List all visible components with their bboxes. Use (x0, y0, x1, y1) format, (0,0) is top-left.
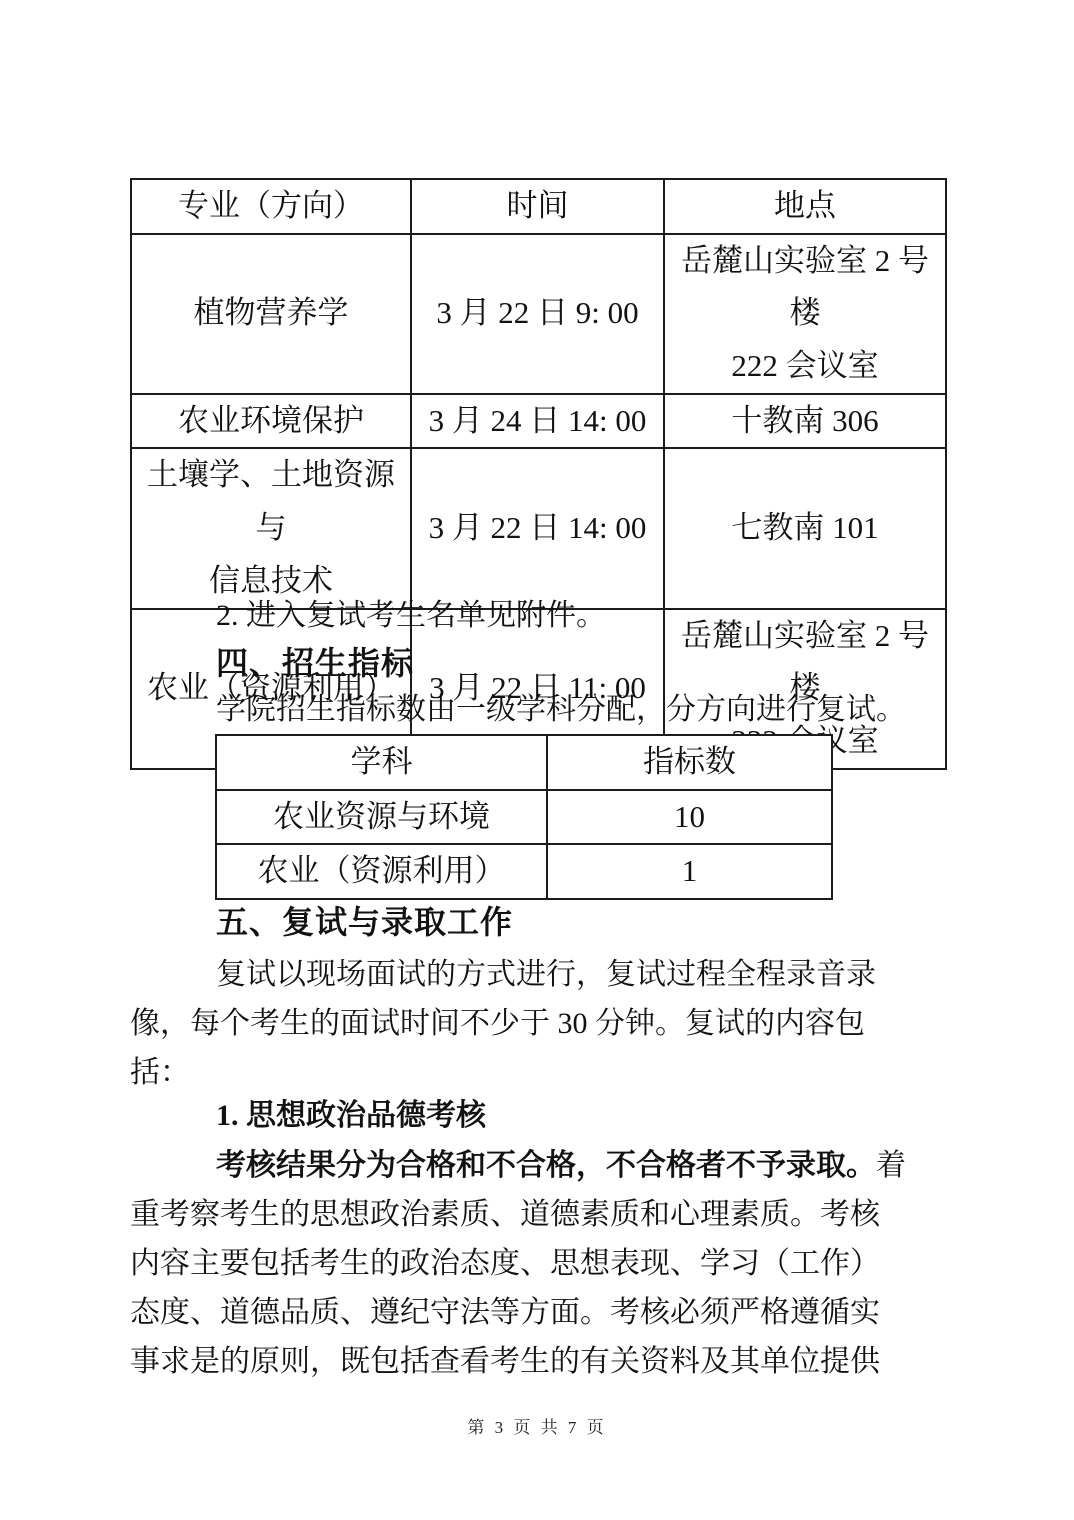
paragraph1-line-3: 括： (130, 1055, 970, 1091)
paragraph2-line-1-bold: 考核结果分为合格和不合格，不合格者不予录取。 (216, 1149, 876, 1182)
schedule-cell-major: 农业环境保护 (131, 394, 411, 449)
schedule-header-time: 时间 (411, 179, 664, 234)
quota-cell-discipline: 农业（资源利用） (216, 844, 547, 899)
schedule-cell-major: 植物营养学 (131, 234, 411, 394)
paragraph2-line-1: 考核结果分为合格和不合格，不合格者不予录取。着 (216, 1148, 1056, 1184)
page-footer: 第 3 页 共 7 页 (0, 1413, 1074, 1438)
table-row: 土壤学、土地资源与 信息技术 3 月 22 日 14: 00 七教南 101 (131, 448, 946, 608)
schedule-header-location: 地点 (664, 179, 946, 234)
item1-heading: 1. 思想政治品德考核 (216, 1098, 1056, 1134)
schedule-cell-location: 岳麓山实验室 2 号楼 222 会议室 (664, 234, 946, 394)
schedule-cell-location: 十教南 306 (664, 394, 946, 449)
quota-cell-count: 1 (547, 844, 832, 899)
schedule-cell-time: 3 月 22 日 9: 00 (411, 234, 664, 394)
paragraph2-line-5: 事求是的原则，既包括查看考生的有关资料及其单位提供 (130, 1344, 970, 1380)
schedule-header-major: 专业（方向） (131, 179, 411, 234)
quota-header-count: 指标数 (547, 735, 832, 790)
schedule-cell-time: 3 月 24 日 14: 00 (411, 394, 664, 449)
quota-header-row: 学科 指标数 (216, 735, 832, 790)
schedule-cell-location: 七教南 101 (664, 448, 946, 608)
quota-header-discipline: 学科 (216, 735, 547, 790)
section5-heading: 五、复试与录取工作 (216, 903, 1056, 941)
quota-cell-discipline: 农业资源与环境 (216, 790, 547, 845)
paragraph2-line-1-rest: 着 (876, 1149, 906, 1182)
schedule-header-row: 专业（方向） 时间 地点 (131, 179, 946, 234)
paragraph1-line-1: 复试以现场面试的方式进行，复试过程全程录音录 (216, 957, 1056, 993)
note-attachment-text: 2. 进入复试考生名单见附件。 (216, 598, 1056, 634)
table-row: 农业（资源利用） 1 (216, 844, 832, 899)
quota-table: 学科 指标数 农业资源与环境 10 农业（资源利用） 1 (215, 734, 833, 900)
table-row: 植物营养学 3 月 22 日 9: 00 岳麓山实验室 2 号楼 222 会议室 (131, 234, 946, 394)
document-page: 专业（方向） 时间 地点 植物营养学 3 月 22 日 9: 00 岳麓山实验室… (0, 0, 1074, 1520)
quota-cell-count: 10 (547, 790, 832, 845)
paragraph2-line-3: 内容主要包括考生的政治态度、思想表现、学习（工作） (130, 1246, 970, 1282)
section4-intro-text: 学院招生指标数由一级学科分配，分方向进行复试。 (216, 692, 1056, 728)
schedule-cell-time: 3 月 22 日 14: 00 (411, 448, 664, 608)
table-row: 农业资源与环境 10 (216, 790, 832, 845)
paragraph1-line-2: 像，每个考生的面试时间不少于 30 分钟。复试的内容包 (130, 1006, 970, 1042)
schedule-cell-major: 土壤学、土地资源与 信息技术 (131, 448, 411, 608)
section4-heading: 四、招生指标 (216, 644, 1056, 682)
paragraph2-line-2: 重考察考生的思想政治素质、道德素质和心理素质。考核 (130, 1197, 970, 1233)
table-row: 农业环境保护 3 月 24 日 14: 00 十教南 306 (131, 394, 946, 449)
paragraph2-line-4: 态度、道德品质、遵纪守法等方面。考核必须严格遵循实 (130, 1295, 970, 1331)
